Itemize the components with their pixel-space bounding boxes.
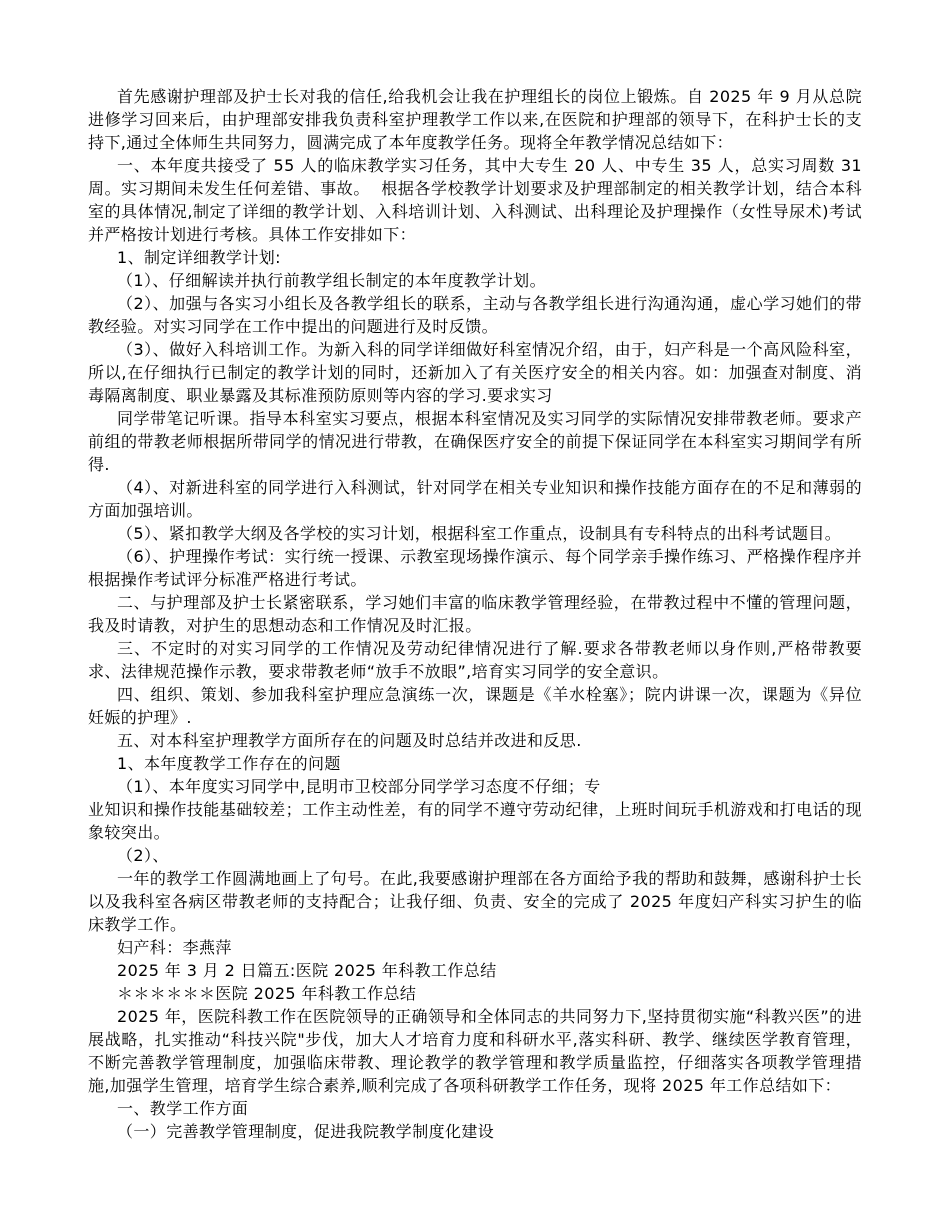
paragraph-item-1-6: （6）、护理操作考试：实行统一授课、示教室现场操作演示、每个同学亲手操作练习、严… [88, 545, 862, 591]
paragraph-part5-opening: 2025 年，医院科教工作在医院领导的正确领导和全体同志的共同努力下,坚持贯彻实… [88, 1005, 862, 1097]
paragraph-item-1-heading: 1、制定详细教学计划: [88, 246, 862, 269]
paragraph-item-1-3-cont: 同学带笔记听课。指导本科室实习要点，根据本科室情况及实习同学的实际情况安排带教老… [88, 407, 862, 476]
paragraph-item-1-2: （2）、加强与各实习小组长及各教学组长的联系，主动与各教学组长进行沟通沟通，虚心… [88, 292, 862, 338]
paragraph-item-1-4: （4）、对新进科室的同学进行入科测试，针对同学在相关专业知识和操作技能方面存在的… [88, 476, 862, 522]
paragraph-section-2: 二、与护理部及护士长紧密联系，学习她们丰富的临床教学管理经验，在带教过程中不懂的… [88, 591, 862, 637]
document-page: 首先感谢护理部及护士长对我的信任,给我机会让我在护理组长的岗位上锻炼。自 202… [0, 0, 950, 1143]
paragraph-part5-section-1: 一、教学工作方面 [88, 1097, 862, 1120]
paragraph-opening: 首先感谢护理部及护士长对我的信任,给我机会让我在护理组长的岗位上锻炼。自 202… [88, 85, 862, 154]
paragraph-closing: 一年的教学工作圆满地画上了句号。在此,我要感谢护理部在各方面给予我的帮助和鼓舞，… [88, 867, 862, 936]
paragraph-item-1-1: （1）、仔细解读并执行前教学组长制定的本年度教学计划。 [88, 269, 862, 292]
paragraph-problems-heading: 1、本年度教学工作存在的问题 [88, 752, 862, 775]
paragraph-section-1: 一、本年度共接受了 55 人的临床教学实习任务，其中大专生 20 人、中专生 3… [88, 154, 862, 246]
date-and-part5-title-paragraph: 2025 年 3 月 2 日篇五:医院 2025 年科教工作总结 [88, 959, 862, 982]
paragraph-section-5: 五、对本科室护理教学方面所存在的问题及时总结并改进和反思. [88, 729, 862, 752]
paragraph-section-3: 三、不定时的对实习同学的工作情况及劳动纪律情况进行了解.要求各带教老师以身作则,… [88, 637, 862, 683]
paragraph-problem-2: （2）、 [88, 844, 862, 867]
paragraph-part5-item-1: （一）完善教学管理制度，促进我院教学制度化建设 [88, 1120, 862, 1143]
paragraph-section-4: 四、组织、策划、参加我科室护理应急演练一次，课题是《羊水栓塞》；院内讲课一次，课… [88, 683, 862, 729]
signature-paragraph: 妇产科：李燕萍 [88, 936, 862, 959]
paragraph-item-1-5: （5）、紧扣教学大纲及各学校的实习计划，根据科室工作重点，设制具有专科特点的出科… [88, 522, 862, 545]
paragraph-problem-1-cont: 业知识和操作技能基础较差；工作主动性差，有的同学不遵守劳动纪律，上班时间玩手机游… [88, 798, 862, 844]
paragraph-problem-1: （1）、本年度实习同学中,昆明市卫校部分同学学习态度不仔细；专 [88, 775, 862, 798]
paragraph-item-1-3: （3）、做好入科培训工作。为新入科的同学详细做好科室情况介绍，由于，妇产科是一个… [88, 338, 862, 407]
hospital-title-paragraph: ＊＊＊＊＊＊医院 2025 年科教工作总结 [88, 982, 862, 1005]
